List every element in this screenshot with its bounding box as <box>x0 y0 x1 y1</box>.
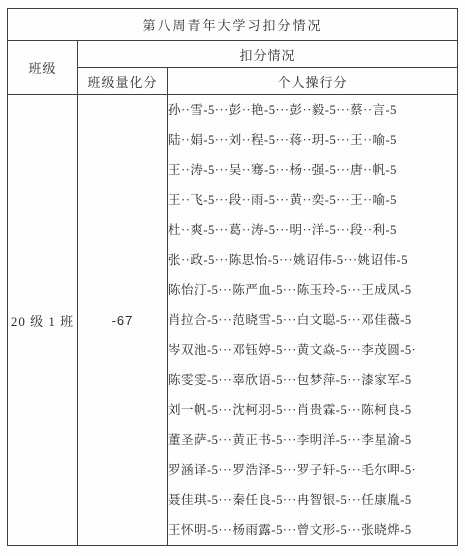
header-class-quant-score: 班级量化分 <box>78 68 168 95</box>
conduct-line: 陆··娟-5···刘··程-5···蒋··玥-5···王··喻-5 <box>168 125 457 155</box>
conduct-line: 岑双池-5···邓钰婷-5···黄文焱-5···李茂圆-5· <box>168 335 457 365</box>
conduct-line: 陈怡汀-5···陈严血-5···陈玉玲-5···王成凤-5 <box>168 275 457 305</box>
conduct-line: 董圣萨-5···黄正书-5···李明洋-5···李星渝-5 <box>168 425 457 455</box>
conduct-line: 孙··雪-5···彭··艳-5···彭··毅-5···蔡··言-5 <box>168 95 457 125</box>
class-quant-score-cell: -67 <box>78 95 168 546</box>
conduct-line: 张··政-5···陈思怡-5···姚诏伟-5···姚诏伟-5 <box>168 245 457 275</box>
conduct-line: 杜··爽-5···葛··涛-5···明··洋-5···段··利-5 <box>168 215 457 245</box>
conduct-line: 王··飞-5···段··雨-5···黄··奕-5···王··喻-5 <box>168 185 457 215</box>
conduct-line: 肖拉合-5···范晓雪-5···白文聪-5···邓佳薇-5 <box>168 305 457 335</box>
conduct-line: 王··涛-5···吴··骞-5···杨··强-5···唐··帆-5 <box>168 155 457 185</box>
conduct-line: 刘一帆-5···沈柯羽-5···肖贵霖-5···陈柯良-5 <box>168 395 457 425</box>
class-name-cell: 20 级 1 班 <box>8 95 78 546</box>
header-personal-conduct-score: 个人操行分 <box>168 68 458 95</box>
document-page: 第八周青年大学习扣分情况 班级 扣分情况 班级量化分 个人操行分 20 级 1 … <box>0 0 465 556</box>
table-title: 第八周青年大学习扣分情况 <box>8 9 458 41</box>
deduction-table: 第八周青年大学习扣分情况 班级 扣分情况 班级量化分 个人操行分 20 级 1 … <box>7 8 458 546</box>
conduct-line: 陈雯雯-5···辜欣语-5···包梦萍-5···漆家军-5 <box>168 365 457 395</box>
conduct-line: 聂佳琪-5···秦任良-5···冉智银-5···任康胤-5 <box>168 485 457 515</box>
header-class: 班级 <box>8 41 78 95</box>
conduct-line: 王怀明-5···杨雨露-5···曾文形-5···张晓烨-5 <box>168 515 457 545</box>
personal-conduct-cell: 孙··雪-5···彭··艳-5···彭··毅-5···蔡··言-5 陆··娟-5… <box>168 95 458 546</box>
header-deduction: 扣分情况 <box>78 41 458 68</box>
conduct-line: 罗涵译-5···罗浩泽-5···罗子轩-5···毛尔呷-5· <box>168 455 457 485</box>
